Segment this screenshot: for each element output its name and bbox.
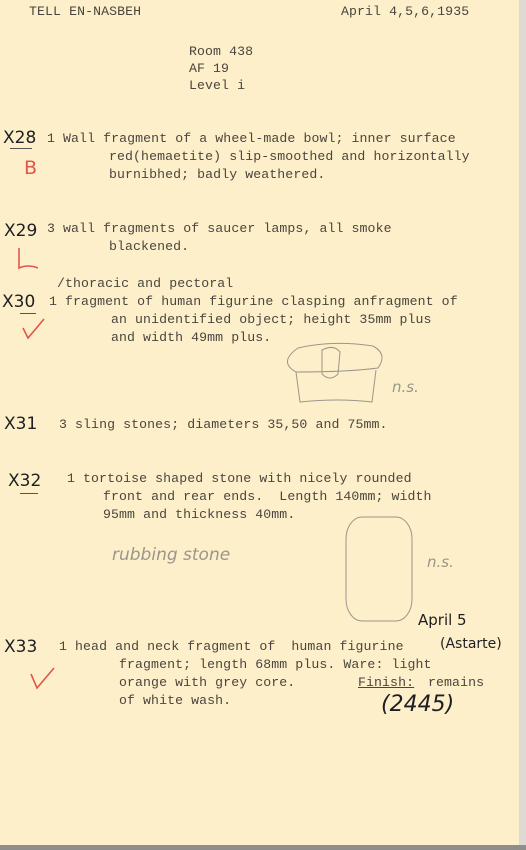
underline-mark	[20, 493, 38, 494]
underline-mark	[20, 313, 36, 314]
record-date: April 4,5,6,1935	[341, 3, 469, 21]
entry-line: 1 fragment of human figurine clasping an…	[49, 293, 458, 311]
level: Level i	[189, 77, 245, 95]
entry-line: 1 tortoise shaped stone with nicely roun…	[67, 470, 412, 488]
entry-line: 1 head and neck fragment of human figuri…	[59, 638, 404, 656]
entry-line: 3 wall fragments of saucer lamps, all sm…	[47, 220, 392, 238]
red-check-icon	[28, 664, 56, 692]
date-note: April 5	[418, 611, 467, 629]
sketch-note: n.s.	[392, 378, 419, 396]
card-edge-bottom	[0, 845, 526, 850]
pencil-note: rubbing stone	[112, 545, 230, 565]
figurine-sketch	[278, 340, 398, 406]
entry-number: X31	[4, 414, 37, 434]
entry-line: and width 49mm plus.	[111, 329, 271, 347]
sketch-note: n.s.	[427, 553, 454, 571]
red-check-icon	[20, 316, 46, 342]
entry-number: X30	[2, 292, 35, 312]
entry-line: blackened.	[109, 238, 189, 256]
card-edge-right	[519, 0, 526, 850]
red-mark-b: B	[24, 157, 37, 179]
room-number: Room 438	[189, 43, 253, 61]
entry-line: 3 sling stones; diameters 35,50 and 75mm…	[59, 416, 388, 434]
area-code: AF 19	[189, 60, 229, 78]
entry-number: X32	[8, 471, 41, 491]
red-mark-l	[16, 246, 40, 272]
entry-line: of white wash.	[119, 692, 231, 710]
underline-mark	[10, 148, 32, 149]
entry-line: 95mm and thickness 40mm.	[103, 506, 295, 524]
stone-sketch	[344, 514, 416, 626]
entry-line: orange with grey core.	[119, 674, 295, 692]
finish-text: remains	[420, 674, 484, 692]
entry-line: burnibhed; badly weathered.	[109, 166, 325, 184]
entry-line: 1 Wall fragment of a wheel-made bowl; in…	[47, 130, 456, 148]
entry-line: red(hemaetite) slip-smoothed and horizon…	[109, 148, 470, 166]
insert-note: /thoracic and pectoral	[57, 275, 233, 293]
insert-note: (Astarte)	[440, 636, 502, 652]
entry-number: X28	[3, 128, 36, 148]
catalog-number: (2445)	[381, 692, 454, 717]
site-name: TELL EN-NASBEH	[29, 3, 141, 21]
entry-number: X33	[4, 637, 37, 657]
entry-line: fragment; length 68mm plus. Ware: light	[119, 656, 432, 674]
entry-line: an unidentified object; height 35mm plus	[111, 311, 432, 329]
finish-label: Finish:	[358, 674, 414, 692]
entry-number: X29	[4, 221, 37, 241]
entry-line: front and rear ends. Length 140mm; width	[103, 488, 432, 506]
